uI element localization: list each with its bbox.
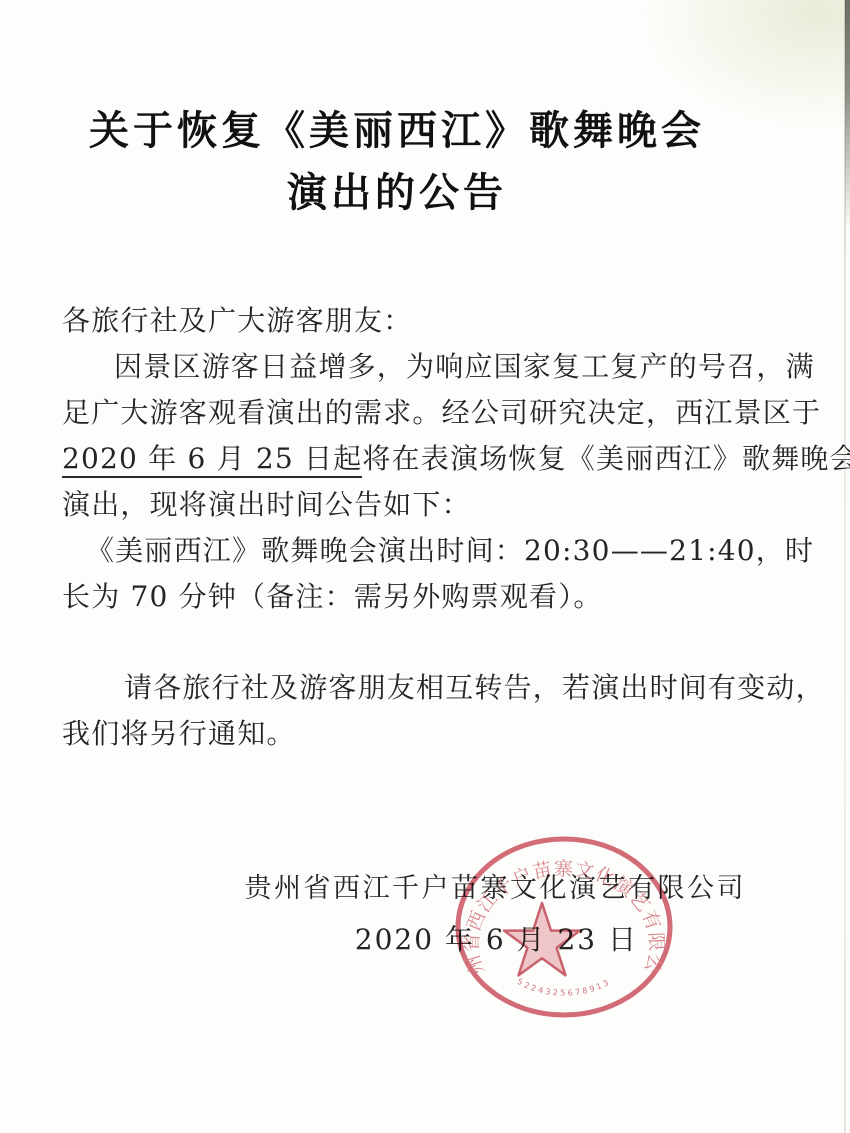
title-line-2: 演出的公告 [0,162,822,224]
scan-edge-line [844,0,846,1133]
document-title: 关于恢复《美丽西江》歌舞晚会 演出的公告 [0,100,822,224]
document-body: 各旅行社及广大游客朋友： 因景区游客日益增多，为响应国家复工复产的号召，满 足广… [62,298,802,757]
signature-company: 贵州省西江千户苗寨文化演艺有限公司 [0,866,746,905]
seal-serial-number: 5224325678913 [516,977,613,998]
body-line: 足广大游客观看演出的需求。经公司研究决定，西江景区于 [62,390,802,436]
underlined-date: 2020 年 6 月 25 日起 [62,442,362,478]
body-line: 我们将另行通知。 [62,711,802,757]
body-line: 请各旅行社及游客朋友相互转告，若演出时间有变动， [62,665,802,711]
paragraph-gap [62,620,802,665]
announcement-document: 关于恢复《美丽西江》歌舞晚会 演出的公告 各旅行社及广大游客朋友： 因景区游客日… [0,0,850,1133]
body-line: 演出，现将演出时间公告如下： [62,482,802,528]
body-line-underlined-date: 2020 年 6 月 25 日起将在表演场恢复《美丽西江》歌舞晚会 [62,436,802,482]
body-line: 因景区游客日益增多，为响应国家复工复产的号召，满 [62,344,802,390]
body-line: 《美丽西江》歌舞晚会演出时间：20:30——21:40，时 [62,528,802,574]
scan-edge-shadow [845,0,850,230]
signature-date: 2020 年 6 月 23 日 [0,918,638,958]
salutation: 各旅行社及广大游客朋友： [62,298,802,344]
body-line: 长为 70 分钟（备注：需另外购票观看）。 [62,574,802,620]
body-line-rest: 将在表演场恢复《美丽西江》歌舞晚会 [362,442,850,475]
title-line-1: 关于恢复《美丽西江》歌舞晚会 [0,100,822,162]
